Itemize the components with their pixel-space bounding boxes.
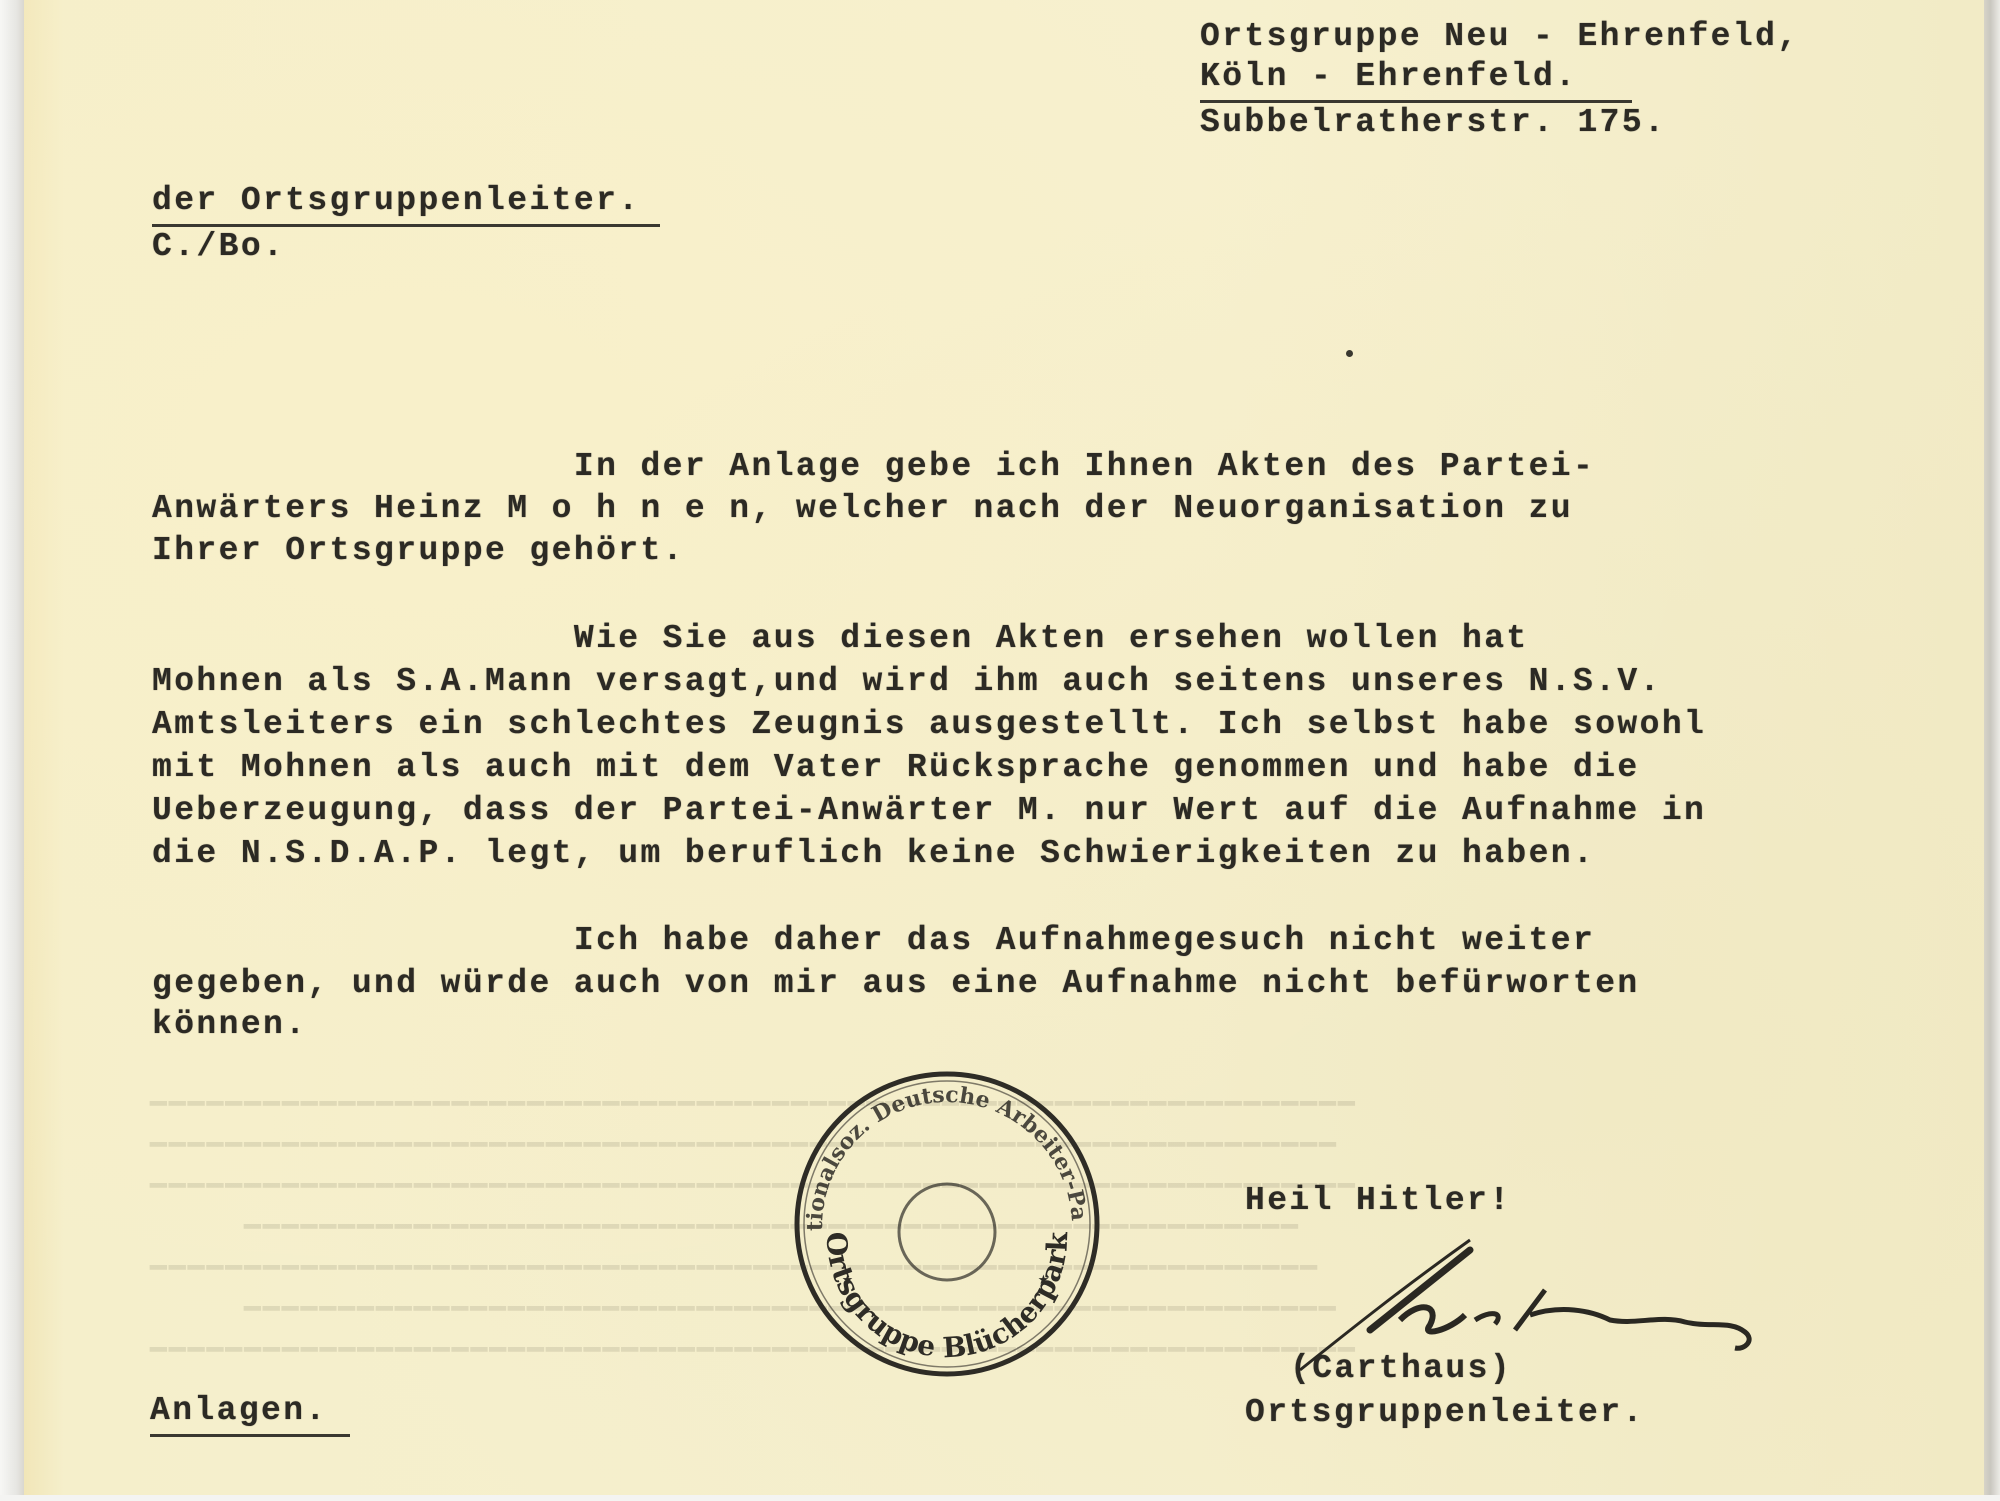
recipient-line-3: Subbelratherstr. 175. [1200,102,1666,144]
paragraph-line: Ueberzeugung, dass der Partei-Anwärter M… [152,790,1706,832]
paragraph-line: Ich habe daher das Aufnahmegesuch nicht … [152,920,1595,962]
recipient-line-1: Ortsgruppe Neu - Ehrenfeld, [1200,16,1800,58]
official-stamp: Nationalsoz. Deutsche Arbeiter-Partei Or… [782,1062,1112,1387]
paragraph-line: In der Anlage gebe ich Ihnen Akten des P… [152,446,1595,488]
paragraph-line: Wie Sie aus diesen Akten ersehen wollen … [152,618,1529,660]
paragraph-line: Ihrer Ortsgruppe gehört. [152,530,685,572]
signatory-name: (Carthaus) [1290,1348,1512,1390]
paragraph-line: können. [152,1004,307,1046]
enclosures-label: Anlagen. [150,1390,350,1437]
svg-text:Nationalsoz. Deutsche Arbeiter: Nationalsoz. Deutsche Arbeiter-Partei [782,1062,1092,1231]
paragraph-line: gegeben, und würde auch von mir aus eine… [152,963,1640,1005]
bleed-through-text: ━━━━━━━━━━━━━━━━━━━━━━━━━━━━━━━━━━━━━━━━… [150,1045,1357,1373]
svg-text:★: ★ [842,1270,853,1290]
scan-margin-left [0,0,24,1501]
reference-code: C./Bo. [152,226,285,268]
paragraph-line: Anwärters Heinz M o h n e n, welcher nac… [152,488,1573,530]
recipient-line-2: Köln - Ehrenfeld. [1200,56,1632,103]
paragraph-line: Amtsleiters ein schlechtes Zeugnis ausge… [152,704,1706,746]
paragraph-line: mit Mohnen als auch mit dem Vater Rücksp… [152,747,1640,789]
signatory-role: Ortsgruppenleiter. [1245,1392,1645,1434]
stray-mark [1346,350,1353,357]
stamp-top-text: Nationalsoz. Deutsche Arbeiter-Partei [782,1062,1092,1231]
closing-salutation: Heil Hitler! [1245,1180,1511,1222]
sender-title: der Ortsgruppenleiter. [152,180,660,227]
svg-text:★: ★ [1038,1270,1049,1290]
paragraph-line: Mohnen als S.A.Mann versagt,und wird ihm… [152,661,1662,703]
scan-margin-bottom [0,1495,2000,1501]
scan-margin-right [1984,0,2000,1501]
paragraph-line: die N.S.D.A.P. legt, um beruflich keine … [152,833,1595,875]
